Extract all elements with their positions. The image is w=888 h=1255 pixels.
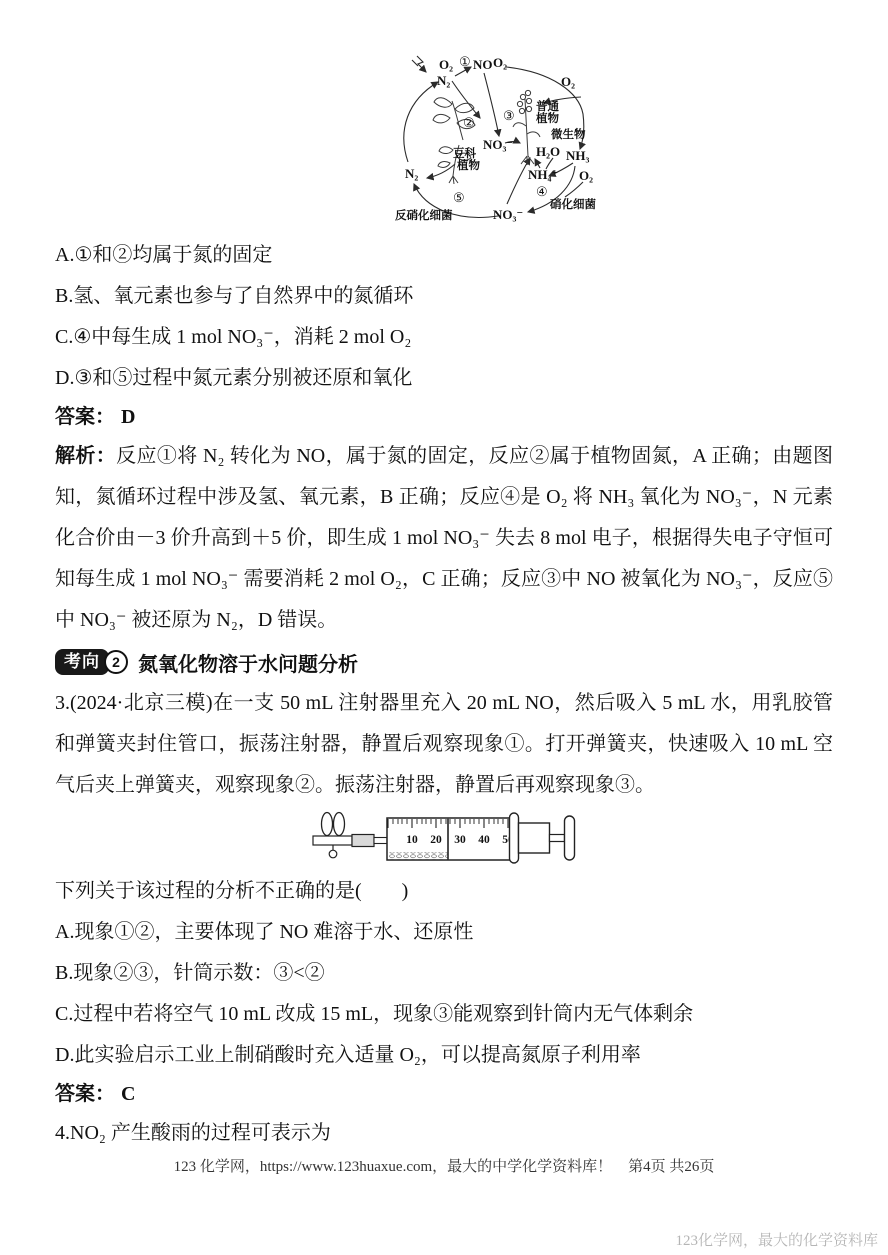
footer-page-number: 第4页 共26页 — [628, 1159, 714, 1175]
syringe-diagram: 10 20 30 40 50 mL — [312, 809, 576, 867]
lightning-icon — [417, 56, 426, 72]
option-d: D.此实验启示工业上制硝酸时充入适量 O₂，可以提高氮原子利用率 — [55, 1035, 833, 1076]
option-a: A.①和②均属于氮的固定 — [55, 235, 833, 276]
syringe-figure: 10 20 30 40 50 mL — [55, 806, 833, 871]
explanation-text: 反应①将 N₂ 转化为 NO，属于氮的固定，反应②属于植物固氮，A 正确；由题图… — [55, 445, 833, 631]
spring-clamp-icon — [322, 813, 333, 836]
answer-value: D — [115, 406, 135, 428]
lightning-icon — [412, 60, 418, 66]
plunger-rod — [550, 835, 565, 842]
label-o2: O₂ — [561, 74, 575, 89]
plunger-body — [519, 823, 550, 853]
scale-label-30: 30 — [454, 834, 466, 846]
label-legume-plants: 豆科 — [453, 146, 476, 160]
answer-line: 答案：C — [55, 1076, 833, 1113]
footer-site-info: 123 化学网，https://www.123huaxue.com，最大的中学化… — [174, 1159, 613, 1175]
clamp-pivot — [329, 850, 337, 858]
section-header: 考向 2 氮氧化物溶于水问题分析 — [55, 641, 833, 683]
label-legume-plants: 植物 — [456, 158, 480, 172]
answer-label: 答案： — [55, 1083, 115, 1105]
option-b: B.现象②③，针筒示数：③<② — [55, 953, 833, 994]
page-content: O₂ ① NO O₂ N₂ O₂ ② ③ 普通 植物 微生物 NO₃⁻ H₂O … — [0, 52, 888, 1154]
outlet-tube — [313, 836, 352, 845]
scale-label-40: 40 — [478, 834, 490, 846]
section-title: 氮氧化物溶于水问题分析 — [138, 648, 358, 677]
scale-label-10: 10 — [406, 834, 418, 846]
kaoxiang-number: 2 — [104, 650, 128, 674]
option-c: C.过程中若将空气 10 mL 改成 15 mL，现象③能观察到针筒内无气体剩余 — [55, 994, 833, 1035]
label-no: NO — [473, 57, 493, 72]
label-step4: ④ — [536, 184, 548, 199]
answer-line: 答案：D — [55, 399, 833, 436]
label-o2: O₂ — [493, 55, 507, 70]
label-step5: ⑤ — [453, 190, 465, 205]
label-step1: ① — [459, 54, 471, 69]
label-nh4: NH₄⁺ — [528, 167, 558, 182]
label-h2o: H₂O — [536, 144, 560, 159]
spring-clamp-icon — [334, 813, 345, 836]
label-microbes: 微生物 — [551, 127, 586, 141]
label-step2: ② — [463, 115, 475, 130]
watermark: 123化学网，最大的化学资料库 — [675, 1229, 878, 1250]
scale-label-20: 20 — [430, 834, 442, 846]
label-no3: NO₃⁻ — [493, 207, 523, 222]
explanation: 解析：反应①将 N₂ 转化为 NO，属于氮的固定，反应②属于植物固氮，A 正确；… — [55, 436, 833, 641]
option-b: B.氢、氧元素也参与了自然界中的氮循环 — [55, 276, 833, 317]
nitrogen-cycle-diagram: O₂ ① NO O₂ N₂ O₂ ② ③ 普通 植物 微生物 NO₃⁻ H₂O … — [393, 52, 668, 235]
label-denitrifying-bacteria: 反硝化细菌 — [395, 208, 453, 222]
explanation-label: 解析： — [55, 445, 116, 467]
nitrogen-cycle-figure: O₂ ① NO O₂ N₂ O₂ ② ③ 普通 植物 微生物 NO₃⁻ H₂O … — [55, 52, 833, 235]
label-o2: O₂ — [579, 168, 593, 183]
label-n2: N₂ — [437, 73, 450, 88]
question-3-text: 3.(2024·北京三模)在一支 50 mL 注射器里充入 20 mL NO，然… — [55, 683, 833, 806]
option-a: A.现象①②，主要体现了 NO 难溶于水、还原性 — [55, 912, 833, 953]
label-o2: O₂ — [439, 57, 453, 72]
answer-label: 答案： — [55, 406, 115, 428]
kaoxiang-badge: 考向 — [55, 649, 109, 675]
nozzle — [374, 838, 387, 844]
label-no3: NO₃⁻ — [483, 137, 513, 152]
label-nitrifying-bacteria: 硝化细菌 — [549, 197, 596, 211]
label-nh3: NH₃ — [566, 148, 590, 163]
question-4-text: 4.NO₂ 产生酸雨的过程可表示为 — [55, 1113, 833, 1154]
water-region — [388, 852, 448, 859]
page-footer: 123 化学网，https://www.123huaxue.com，最大的中学化… — [0, 1155, 888, 1176]
option-d: D.③和⑤过程中氮元素分别被还原和氧化 — [55, 358, 833, 399]
rubber-tube — [352, 835, 374, 847]
answer-value: C — [115, 1083, 135, 1105]
thumb-rest — [565, 816, 575, 860]
barrel-flange — [510, 813, 519, 863]
label-ordinary-plants: 植物 — [535, 111, 559, 125]
question-3-stem: 下列关于该过程的分析不正确的是( ) — [55, 871, 833, 912]
label-n2: N₂ — [405, 166, 418, 181]
label-ordinary-plants: 普通 — [536, 99, 559, 113]
label-step3: ③ — [503, 108, 515, 123]
option-c: C.④中每生成 1 mol NO₃⁻，消耗 2 mol O₂ — [55, 317, 833, 358]
document-page: O₂ ① NO O₂ N₂ O₂ ② ③ 普通 植物 微生物 NO₃⁻ H₂O … — [0, 0, 888, 1255]
